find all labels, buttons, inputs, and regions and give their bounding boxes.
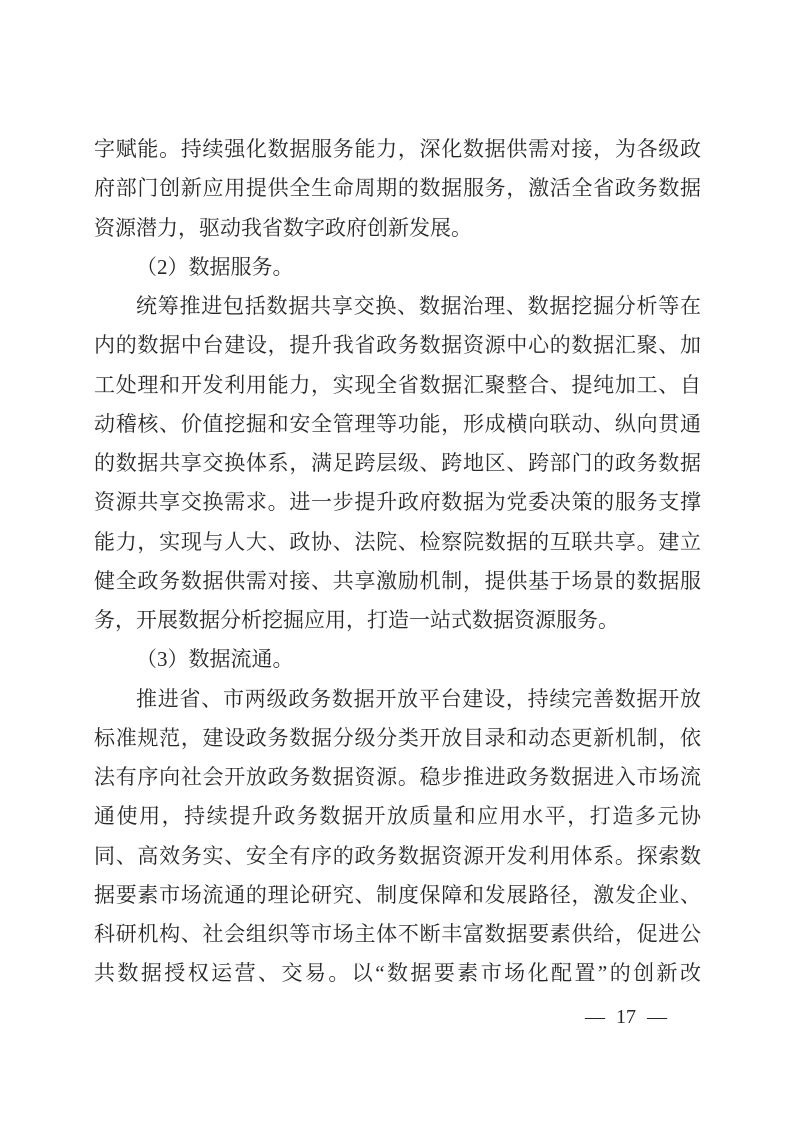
text-line: （3）数据流通。 xyxy=(94,640,701,679)
document-page: 字赋能。持续强化数据服务能力，深化数据供需对接，为各级政府部门创新应用提供全生命… xyxy=(0,0,793,1122)
text-line: 共数据授权运营、交易。以“数据要素市场化配置”的创新改 xyxy=(94,954,701,993)
text-line: 推进省、市两级政务数据开放平台建设，持续完善数据开放 xyxy=(94,680,701,719)
text-line: 府部门创新应用提供全生命周期的数据服务，激活全省政务数据 xyxy=(94,169,701,208)
text-line: 据要素市场流通的理论研究、制度保障和发展路径，激发企业、 xyxy=(94,876,701,915)
footer-right-dash: — xyxy=(647,1004,667,1030)
text-line: 科研机构、社会组织等市场主体不断丰富数据要素供给，促进公 xyxy=(94,915,701,954)
page-footer: — 17 — xyxy=(94,1004,701,1030)
text-line: 统筹推进包括数据共享交换、数据治理、数据挖掘分析等在 xyxy=(94,287,701,326)
text-line: 内的数据中台建设，提升我省政务数据资源中心的数据汇聚、加 xyxy=(94,326,701,365)
footer-left-dash: — xyxy=(585,1004,605,1030)
text-line: （2）数据服务。 xyxy=(94,248,701,287)
text-line: 同、高效务实、安全有序的政务数据资源开发利用体系。探索数 xyxy=(94,837,701,876)
text-line: 字赋能。持续强化数据服务能力，深化数据供需对接，为各级政 xyxy=(94,130,701,169)
text-line: 能力，实现与人大、政协、法院、检察院数据的互联共享。建立 xyxy=(94,523,701,562)
page-number: 17 xyxy=(616,1004,636,1030)
text-line: 健全政务数据供需对接、共享激励机制，提供基于场景的数据服 xyxy=(94,562,701,601)
text-line: 的数据共享交换体系，满足跨层级、跨地区、跨部门的政务数据 xyxy=(94,444,701,483)
text-line: 动稽核、价值挖掘和安全管理等功能，形成横向联动、纵向贯通 xyxy=(94,405,701,444)
text-line: 资源共享交换需求。进一步提升政府数据为党委决策的服务支撑 xyxy=(94,483,701,522)
text-line: 资源潜力，驱动我省数字政府创新发展。 xyxy=(94,209,701,248)
text-line: 工处理和开发利用能力，实现全省数据汇聚整合、提纯加工、自 xyxy=(94,366,701,405)
text-line: 法有序向社会开放政务数据资源。稳步推进政务数据进入市场流 xyxy=(94,758,701,797)
text-line: 通使用，持续提升政务数据开放质量和应用水平，打造多元协 xyxy=(94,797,701,836)
text-line: 标准规范，建设政务数据分级分类开放目录和动态更新机制，依 xyxy=(94,719,701,758)
text-line: 务，开展数据分析挖掘应用，打造一站式数据资源服务。 xyxy=(94,601,701,640)
document-body: 字赋能。持续强化数据服务能力，深化数据供需对接，为各级政府部门创新应用提供全生命… xyxy=(94,130,701,994)
